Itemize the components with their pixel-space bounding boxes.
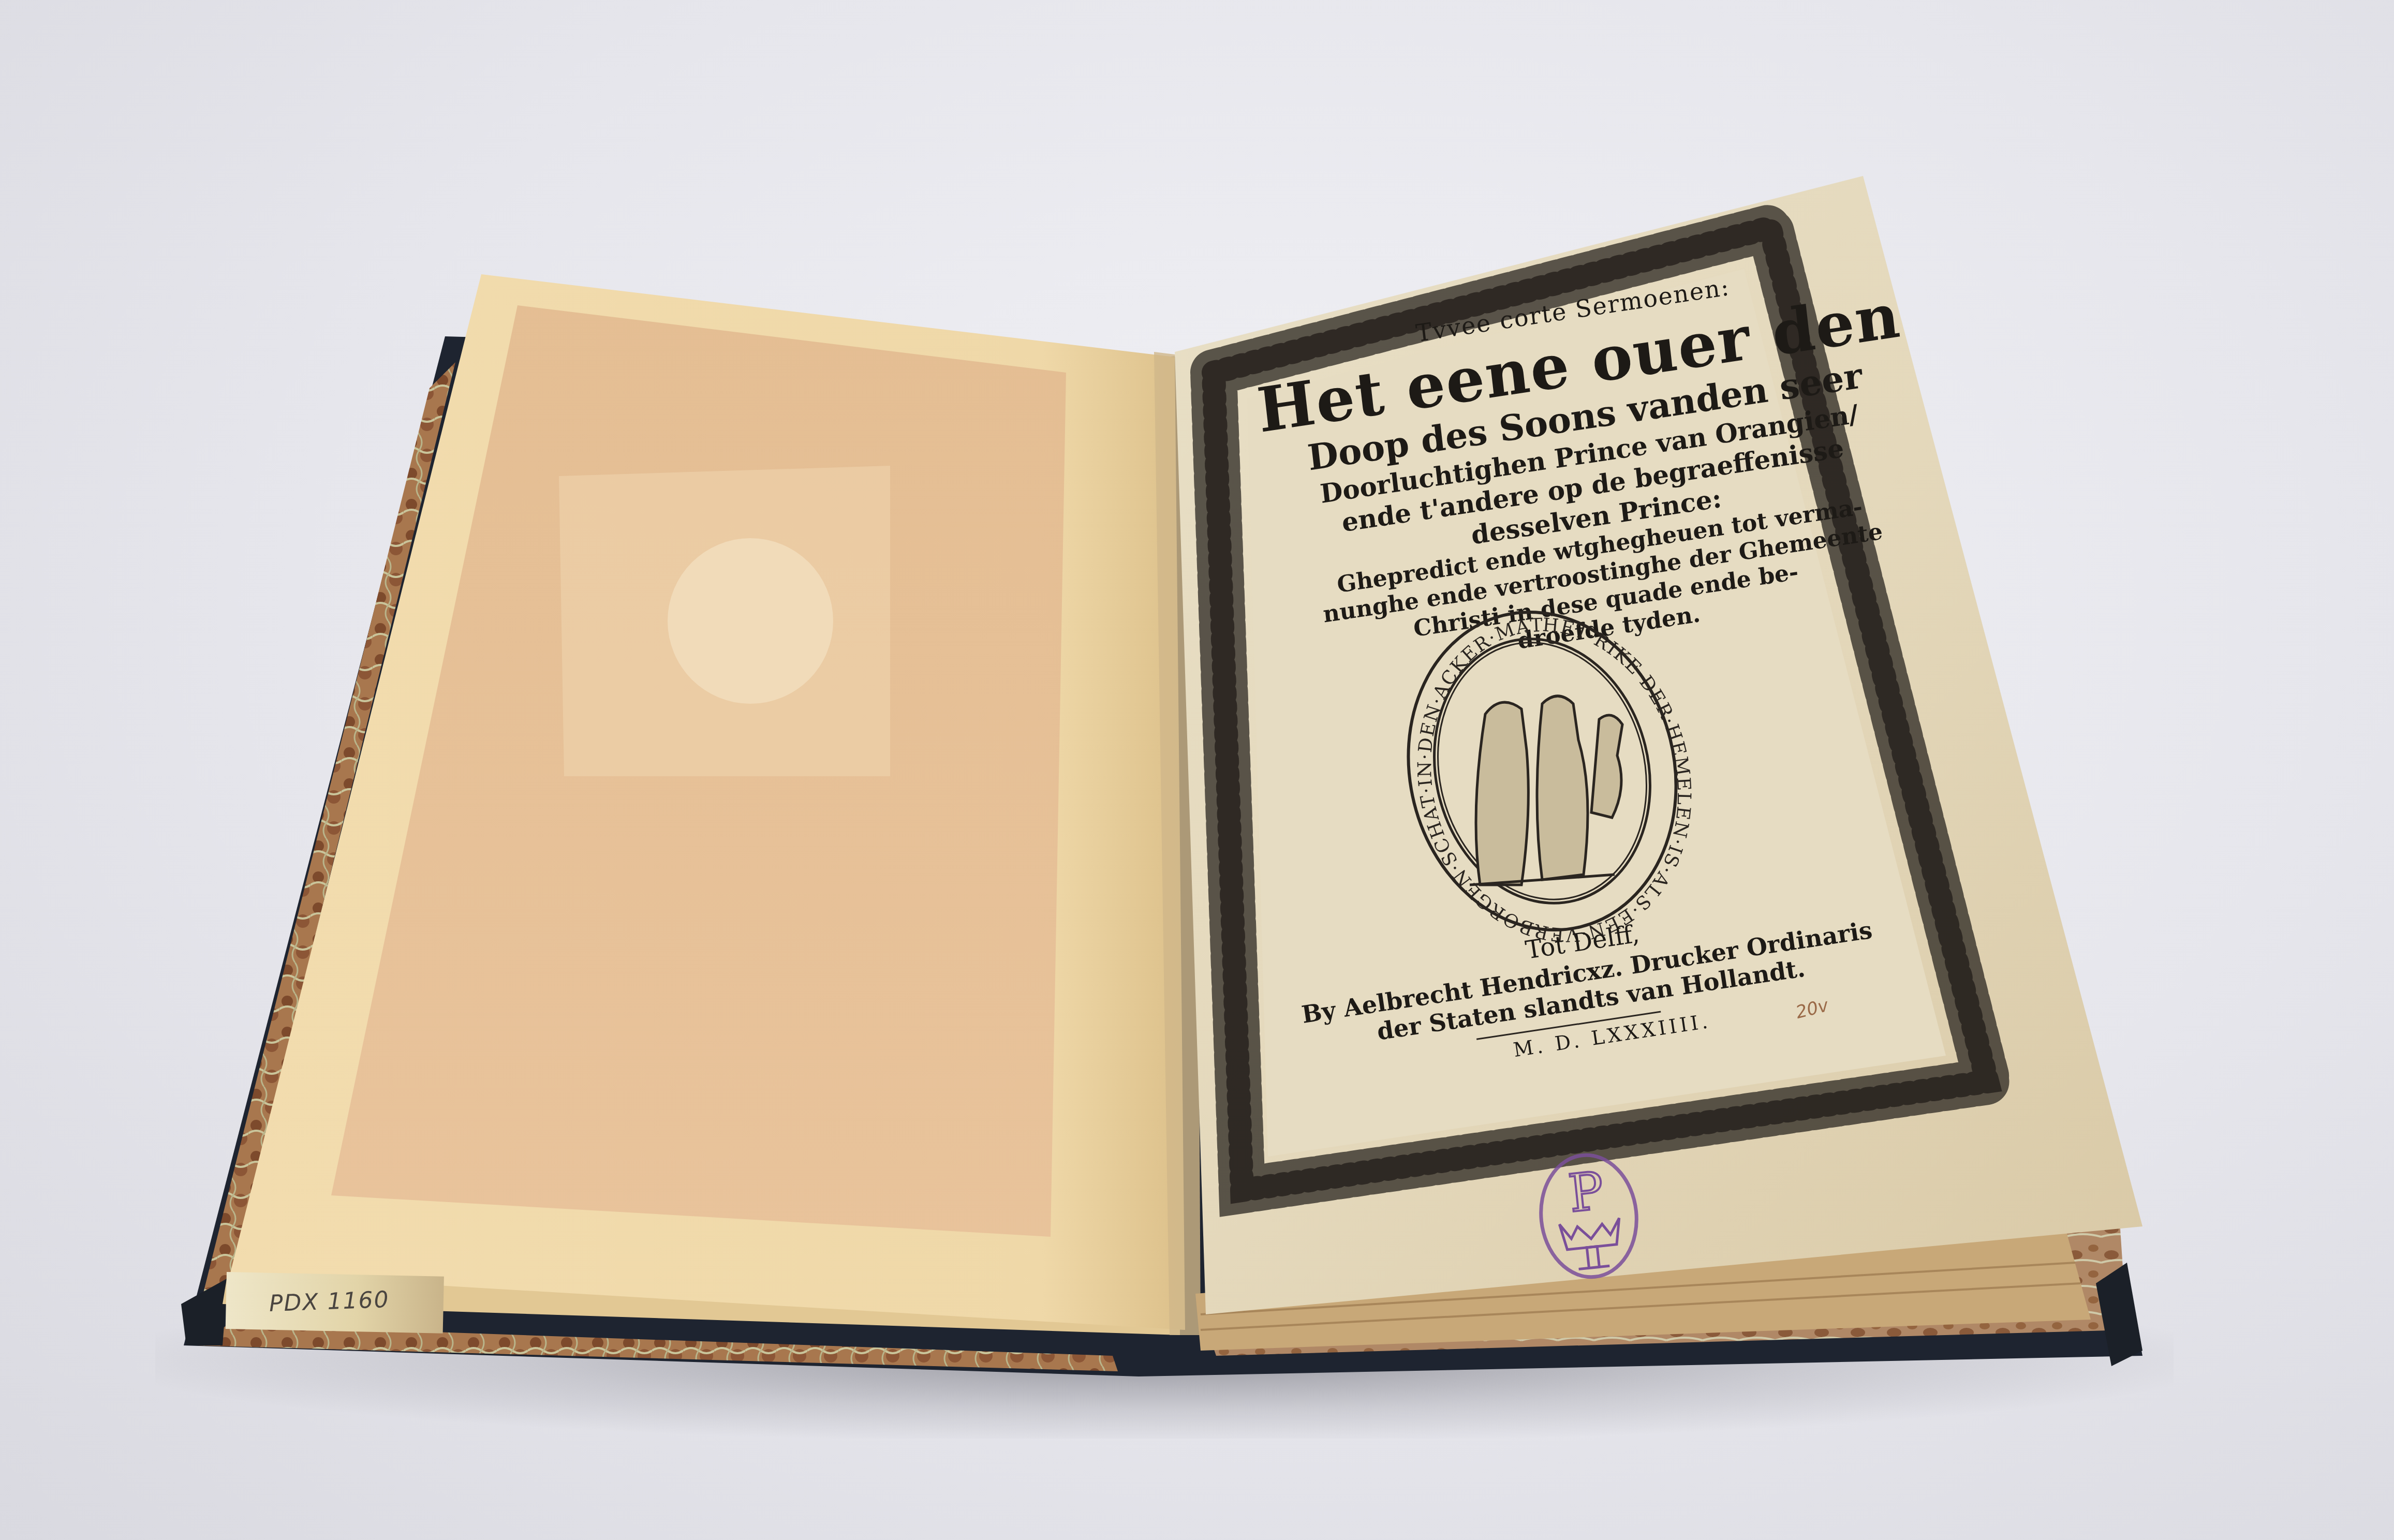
- stamp-monogram: P: [1566, 1160, 1607, 1224]
- shelf-label-text: PDX 1160: [269, 1286, 390, 1317]
- woodcut-figures-icon: [1470, 696, 1622, 885]
- library-stamp-icon: P: [1532, 1149, 1646, 1283]
- woodcut-medallion: HET·RIKE·DER·HEMELEN·IS·ALS·EEN·VERBORGE…: [1366, 595, 1718, 947]
